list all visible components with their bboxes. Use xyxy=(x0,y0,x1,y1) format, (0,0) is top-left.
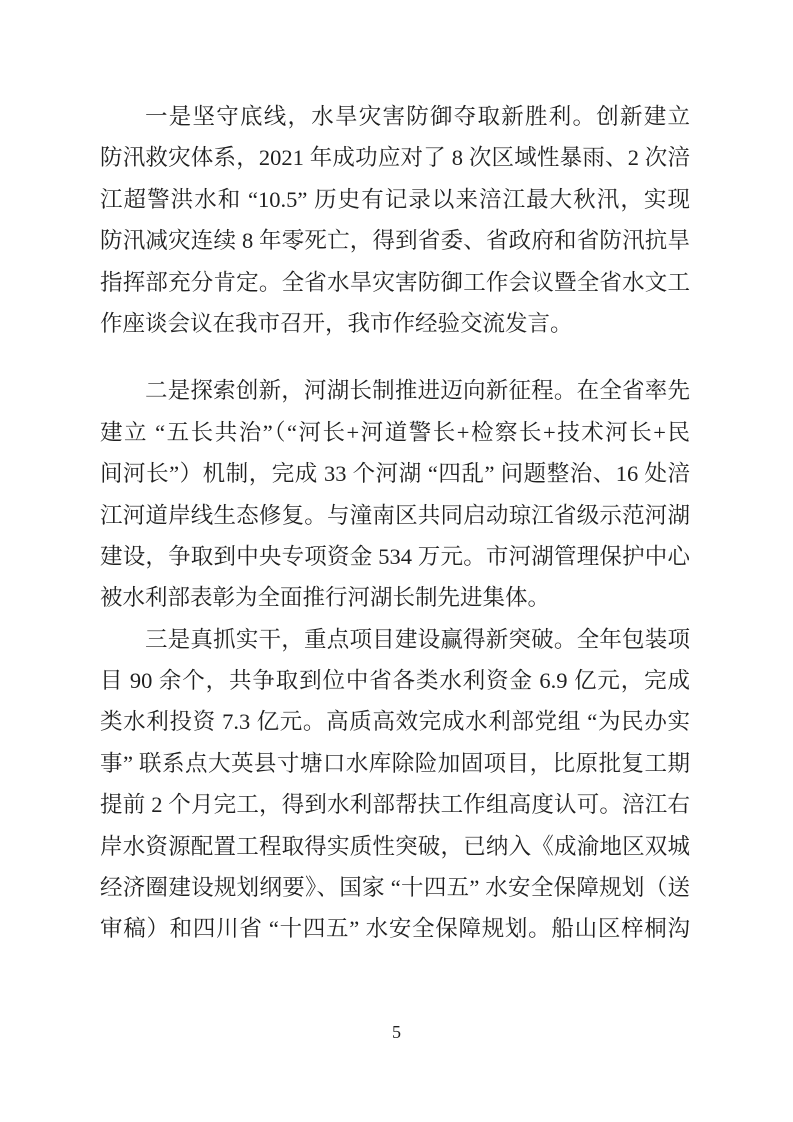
text-line: 江超警洪水和 “10.5” 历史有记录以来涪江最大秋汛，实现 xyxy=(100,179,690,220)
text-line: 防汛减灾连续 8 年零死亡，得到省委、省政府和省防汛抗旱 xyxy=(100,220,690,261)
text-line: 岸水资源配置工程取得实质性突破，已纳入《成渝地区双城 xyxy=(100,826,690,867)
text-line: 防汛救灾体系，2021 年成功应对了 8 次区域性暴雨、2 次涪 xyxy=(100,137,690,178)
text-line: 二是探索创新，河湖长制推进迈向新征程。在全省率先 xyxy=(100,370,690,411)
document-page: 一是坚守底线，水旱灾害防御夺取新胜利。创新建立 “1+6” 防汛救灾体系，202… xyxy=(0,0,793,1122)
text-line: 建立 “五长共治”（“河长+河道警长+检察长+技术河长+民 xyxy=(100,412,690,453)
text-line: 江河道岸线生态修复。与潼南区共同启动琼江省级示范河湖 xyxy=(100,495,690,536)
page-number: 5 xyxy=(0,1020,793,1044)
document-body: 一是坚守底线，水旱灾害防御夺取新胜利。创新建立 “1+6” 防汛救灾体系，202… xyxy=(100,96,690,950)
text-line: 作座谈会议在我市召开，我市作经验交流发言。 xyxy=(100,303,690,344)
text-line: 指挥部充分肯定。全省水旱灾害防御工作会议暨全省水文工 xyxy=(100,262,690,303)
text-line: 间河长”）机制，完成 33 个河湖 “四乱” 问题整治、16 处涪 xyxy=(100,453,690,494)
text-line: 提前 2 个月完工，得到水利部帮扶工作组高度认可。涪江右 xyxy=(100,784,690,825)
paragraph-1: 一是坚守底线，水旱灾害防御夺取新胜利。创新建立 “1+6” 防汛救灾体系，202… xyxy=(100,96,690,344)
text-line: 一是坚守底线，水旱灾害防御夺取新胜利。创新建立 “1+6” xyxy=(100,96,690,137)
text-line: 类水利投资 7.3 亿元。高质高效完成水利部党组 “为民办实 xyxy=(100,701,690,742)
paragraph-2: 二是探索创新，河湖长制推进迈向新征程。在全省率先 建立 “五长共治”（“河长+河… xyxy=(100,370,690,618)
text-line: 事” 联系点大英县寸塘口水库除险加固项目，比原批复工期 xyxy=(100,743,690,784)
text-line: 建设，争取到中央专项资金 534 万元。市河湖管理保护中心 xyxy=(100,536,690,577)
text-line: 三是真抓实干，重点项目建设赢得新突破。全年包装项 xyxy=(100,619,690,660)
paragraph-3: 三是真抓实干，重点项目建设赢得新突破。全年包装项 目 90 余个，共争取到位中省… xyxy=(100,619,690,950)
text-line: 目 90 余个，共争取到位中省各类水利资金 6.9 亿元，完成各 xyxy=(100,660,690,701)
text-line: 经济圈建设规划纲要》、国家 “十四五” 水安全保障规划（送 xyxy=(100,867,690,908)
text-line: 审稿）和四川省 “十四五” 水安全保障规划。船山区梓桐沟 xyxy=(100,908,690,949)
text-line: 被水利部表彰为全面推行河湖长制先进集体。 xyxy=(100,577,690,618)
